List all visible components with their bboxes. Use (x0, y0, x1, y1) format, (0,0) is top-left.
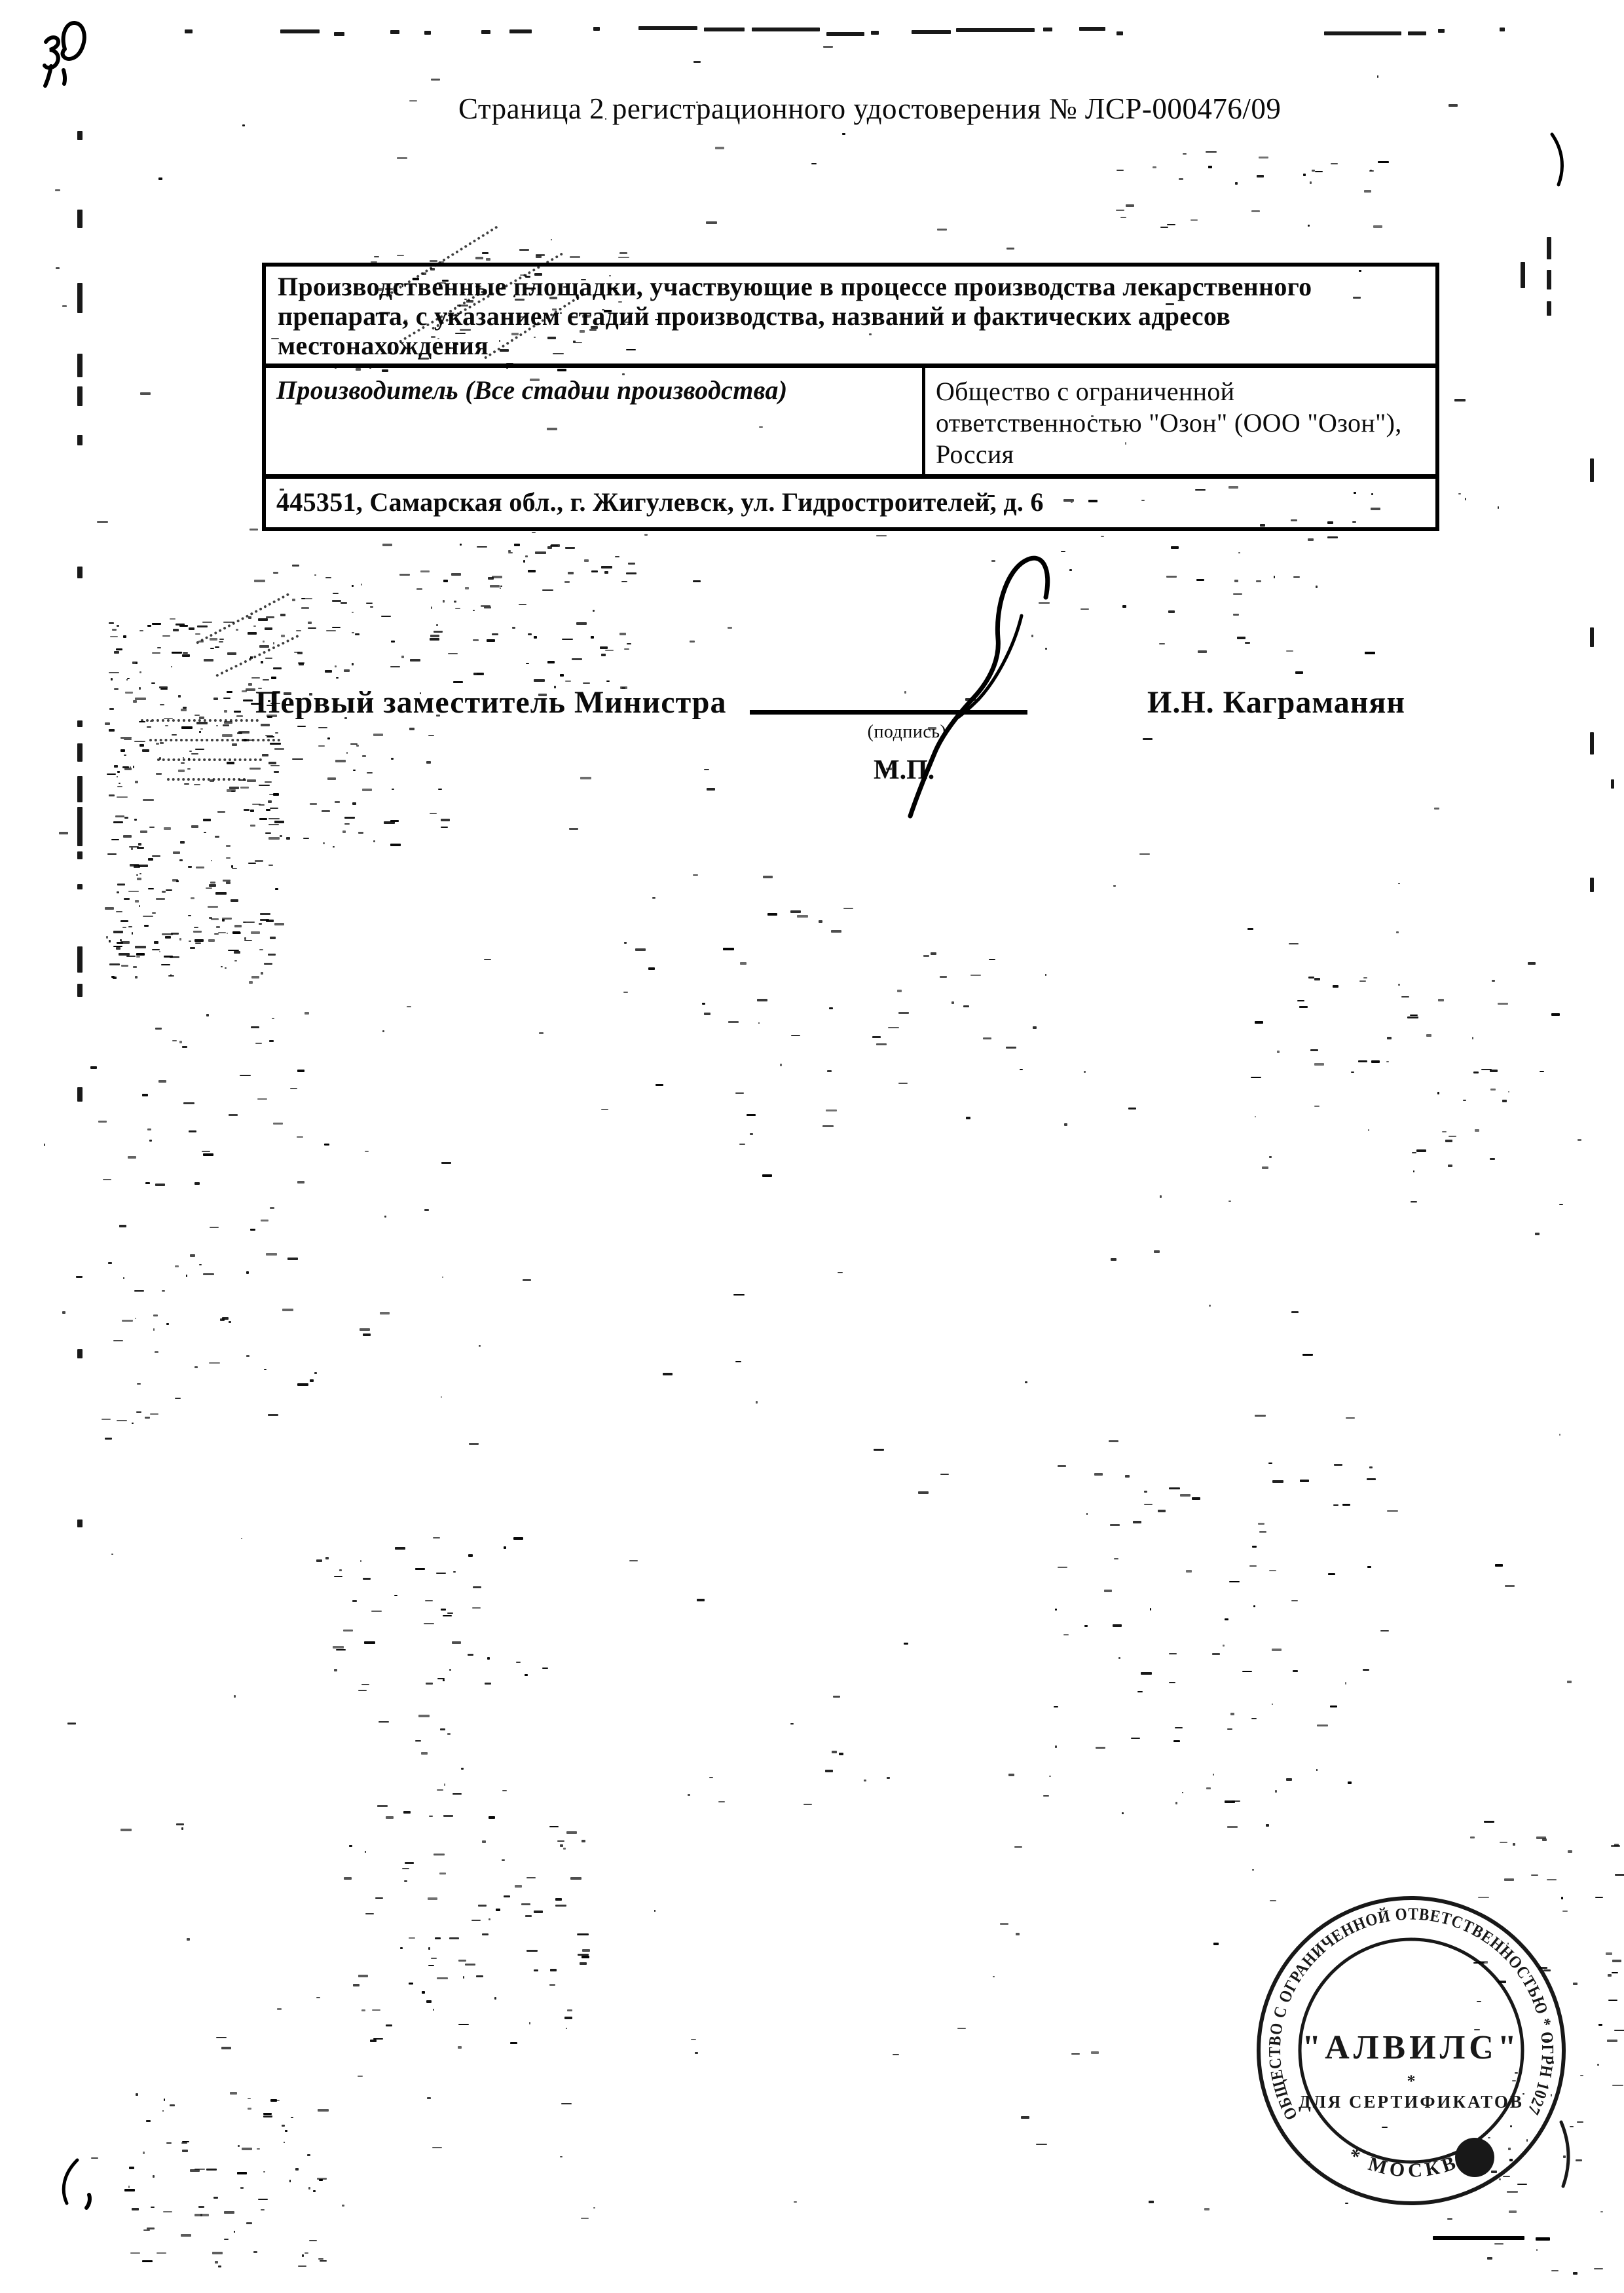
scan-noise-dash (132, 2208, 139, 2210)
scan-noise-dash (149, 1140, 152, 1142)
scan-noise-dash (515, 299, 525, 301)
scan-noise-dash (648, 967, 655, 970)
scan-noise-dash (570, 256, 580, 258)
scan-noise-dash (280, 489, 284, 491)
scan-noise-dash (693, 61, 701, 63)
scan-noise-dash (578, 1933, 589, 1935)
scan-noise-dash (426, 761, 431, 764)
scan-noise-dash (1160, 1195, 1162, 1198)
scan-noise-dash (193, 931, 202, 933)
scan-noise-dash (142, 1094, 148, 1096)
scan-noise-dash (292, 758, 303, 760)
scan-noise-dash (138, 843, 141, 846)
scan-noise-dash (1091, 2051, 1099, 2054)
scan-noise-dash (1084, 1625, 1088, 1627)
scan-noise-dash (1228, 1201, 1231, 1202)
scan-noise-dash (116, 911, 122, 912)
scan-noise-dash (238, 2145, 240, 2147)
scan-noise-dash (246, 1271, 249, 1274)
scan-noise-dash (898, 1083, 908, 1084)
scan-noise-dash (428, 1947, 430, 1950)
scan-noise-dash (119, 953, 130, 956)
scan-noise-dash (1473, 1962, 1485, 1964)
scan-noise-dash (122, 1320, 133, 1322)
scan-noise-dash (333, 846, 335, 848)
scan-noise-dash (386, 1816, 394, 1819)
scan-noise-dash (519, 249, 529, 251)
scan-noise-dash (525, 555, 528, 557)
scan-noise-dash (113, 1340, 123, 1341)
scan-noise-dash (284, 692, 291, 695)
scan-noise-dash (308, 627, 316, 629)
scan-noise-dash (234, 960, 237, 961)
scan-noise-dash (1513, 1843, 1515, 1846)
scan-noise-dash (298, 662, 304, 664)
scan-noise-dash (1398, 529, 1409, 531)
scan-noise-dash (436, 1573, 446, 1574)
scan-noise-dash (128, 1156, 136, 1159)
scan-noise-dash (583, 682, 590, 684)
scan-noise-dash (1293, 576, 1300, 578)
scan-noise-dash (120, 1829, 132, 1831)
scan-noise-dash (227, 652, 236, 655)
scan-noise-dash (267, 715, 277, 717)
scan-noise-dash (186, 1275, 187, 1277)
scan-noise-dash (298, 2265, 306, 2267)
scan-noise-dash (449, 347, 451, 349)
scan-noise-dash (1328, 1573, 1335, 1575)
scan-noise-dash (147, 1128, 151, 1130)
scan-noise-dash (112, 629, 117, 631)
scan-noise-dash (270, 808, 278, 809)
scan-noise-dash (589, 329, 597, 331)
scan-noise-dash (477, 342, 481, 344)
scan-noise-dash (874, 1449, 884, 1451)
scan-noise-dash (1412, 1152, 1416, 1153)
scan-noise-dash (1230, 1713, 1234, 1715)
scan-noise-dash (1367, 1478, 1376, 1480)
scan-noise-dash (1063, 1634, 1069, 1635)
scan-noise-dash (183, 1102, 194, 1104)
scan-noise-dash (519, 604, 526, 605)
scan-noise-dash (336, 1649, 346, 1650)
scan-noise-dash (199, 1264, 202, 1265)
scan-noise-dash (111, 1554, 113, 1555)
scan-noise-dash (1547, 270, 1551, 289)
scan-noise-dash (1110, 1524, 1120, 1526)
scan-noise-dash (1543, 2039, 1549, 2040)
scan-noise-dash (213, 698, 218, 700)
scan-noise-dash (482, 1933, 489, 1935)
scan-noise-dash (263, 2116, 272, 2117)
signatory-name: И.Н. Каграманян (1147, 684, 1405, 720)
scan-noise-dash (757, 999, 767, 1001)
scan-noise-dash (162, 933, 173, 935)
scan-noise-dash (77, 354, 83, 377)
scan-noise-dash (1327, 536, 1338, 538)
scan-noise-dash (1101, 536, 1104, 537)
scan-noise-dash (601, 566, 612, 569)
scan-noise-dash (258, 618, 268, 621)
scan-noise-dash (231, 865, 233, 868)
scan-noise-dash (232, 868, 237, 869)
scan-noise-dash (264, 963, 272, 965)
scan-noise-dash (249, 529, 258, 531)
scan-noise-dash (1434, 808, 1439, 810)
scan-noise-dash (957, 2028, 966, 2029)
scan-noise-dash (1006, 1047, 1016, 1049)
scan-noise-dash (1612, 1960, 1621, 1962)
scan-noise-dash (430, 635, 439, 637)
scan-noise-dash (1169, 1487, 1180, 1489)
scan-noise-dash (584, 559, 589, 562)
scan-noise-dash (114, 651, 119, 654)
scan-noise-dash (111, 678, 113, 680)
scan-noise-dash (400, 1947, 403, 1949)
scan-noise-dash (314, 574, 316, 576)
scan-noise-dash (1228, 486, 1238, 489)
scan-noise-dash (1353, 297, 1361, 299)
scan-noise-dash (215, 646, 219, 648)
scan-noise-dash (1139, 853, 1150, 855)
scan-noise-dash (1438, 999, 1444, 1001)
scan-noise-dash (210, 638, 217, 641)
scan-noise-dash (325, 577, 331, 578)
scan-noise-dash (551, 239, 552, 240)
scan-noise-dash (1182, 1792, 1183, 1793)
scan-noise-dash (1517, 2184, 1527, 2185)
scan-noise-dash (1536, 2237, 1550, 2241)
scan-noise-dash (371, 1611, 382, 1612)
scan-noise-dash (457, 305, 468, 307)
scan-noise-dash (55, 189, 60, 191)
scan-noise-dash (1144, 1504, 1153, 1505)
scan-noise-dash (360, 1560, 361, 1562)
scan-noise-dash (120, 920, 128, 922)
scan-noise-dash (265, 658, 272, 659)
scan-noise-dash (304, 2252, 308, 2254)
scan-noise-dash (123, 1277, 124, 1279)
scan-noise-dash (1206, 151, 1217, 153)
scan-noise-dash (1252, 1869, 1254, 1871)
scan-noise-dash (591, 636, 594, 639)
scan-noise-dash (702, 1003, 705, 1005)
scan-noise-dash (227, 691, 232, 693)
scan-noise-dash (1166, 303, 1174, 305)
scan-noise-dash (523, 1279, 531, 1281)
scan-noise-dash (1277, 1051, 1280, 1053)
scan-noise-dash (251, 677, 260, 679)
scan-noise-dash (1137, 1691, 1143, 1692)
scan-noise-dash (203, 1273, 214, 1275)
scan-noise-dash (752, 28, 820, 31)
scan-noise-dash (137, 1383, 141, 1385)
scan-noise-dash (956, 28, 1035, 32)
scan-noise-dash (352, 585, 354, 587)
scan-noise-dash (1445, 1140, 1452, 1142)
scan-noise-dash (267, 736, 274, 737)
scan-noise-dash (214, 933, 219, 935)
scan-noise-dash (876, 1043, 887, 1045)
scan-noise-dash (1126, 204, 1134, 207)
scan-noise-dash (181, 709, 187, 711)
scan-noise-dash (109, 708, 114, 710)
scan-noise-dash (316, 1997, 320, 1998)
scan-noise-dash (453, 1571, 456, 1573)
scan-noise-dash (463, 1976, 464, 1979)
scan-noise-dash (259, 804, 265, 806)
scan-noise-dash (271, 677, 276, 679)
scan-noise-dash (601, 654, 606, 656)
scan-noise-dash (362, 789, 372, 791)
scan-noise-dash (1168, 610, 1175, 613)
scan-noise-dash (109, 622, 114, 624)
scan-noise-dash (1308, 225, 1310, 227)
scan-noise-dash (153, 1314, 158, 1316)
scan-noise-dash (525, 1915, 532, 1917)
scan-noise-dash (552, 308, 557, 310)
scan-noise-dash (512, 627, 515, 629)
scan-noise-dash (194, 2169, 205, 2170)
scan-noise-dash (756, 1401, 758, 1404)
scan-noise-dash (77, 131, 83, 140)
scan-noise-dash (1259, 1531, 1266, 1533)
scan-noise-dash (292, 565, 299, 567)
scan-noise-dash (133, 966, 137, 968)
scan-noise-dash (826, 1109, 837, 1111)
scan-noise-dash (1272, 1649, 1282, 1651)
scan-noise-dash (477, 546, 487, 548)
scan-noise-dash (234, 925, 242, 927)
scan-noise-dash (142, 2260, 153, 2262)
scan-noise-dash (526, 1950, 538, 1952)
scan-noise-dash (324, 1144, 329, 1146)
scan-noise-dash (1492, 980, 1495, 982)
scan-noise-dash (1295, 671, 1303, 674)
scan-noise-dash (156, 743, 159, 745)
scan-noise-dash (1437, 1092, 1439, 1094)
scan-noise-dash (1153, 166, 1156, 168)
scan-noise-dash (1262, 1166, 1268, 1169)
scan-noise-dash (1408, 31, 1426, 35)
scan-noise-dash (243, 699, 253, 701)
scan-noise-dash (266, 809, 270, 811)
scan-noise-dash (196, 867, 204, 868)
scan-noise-dash (134, 1290, 144, 1292)
scan-noise-dash (1180, 1494, 1190, 1497)
scan-noise-dash (334, 1576, 342, 1577)
scan-noise-dash (420, 570, 430, 572)
scan-noise-dash (622, 373, 625, 375)
scan-noise-dash (912, 30, 951, 34)
table-row: Производитель (Все стадии производства) … (266, 368, 1435, 479)
scan-noise-dash (1448, 1165, 1452, 1167)
scan-noise-dash (208, 939, 215, 942)
scan-noise-dash (1378, 161, 1389, 163)
scan-noise-dash (838, 1272, 843, 1273)
scan-noise-dash (380, 1312, 390, 1314)
scan-noise-dash (188, 758, 190, 760)
scan-noise-dash (117, 1420, 127, 1421)
scan-noise-dash (1367, 1566, 1371, 1568)
scan-noise-dash (484, 959, 491, 960)
scan-noise-dash (1160, 227, 1168, 228)
scan-noise-dash (728, 1021, 739, 1023)
scan-noise-dash (362, 755, 366, 757)
scan-noise-dash (451, 573, 461, 576)
scan-noise-dash (251, 703, 261, 705)
scan-noise-dash (424, 1209, 429, 1211)
scan-noise-dash (130, 766, 131, 768)
scan-noise-dash (126, 679, 128, 680)
scan-noise-dash (626, 572, 637, 574)
scan-noise-dash (1474, 2029, 1480, 2030)
scan-noise-dash (139, 744, 144, 747)
scan-noise-dash (373, 840, 375, 842)
scan-noise-dash (1314, 1063, 1324, 1066)
scan-noise-dash (431, 336, 435, 338)
scan-noise-dash (1507, 2191, 1518, 2193)
scan-noise-dash (117, 891, 119, 893)
scan-noise-dash (1324, 31, 1401, 35)
scan-noise-dash (1371, 493, 1373, 495)
scan-noise-dash (629, 1560, 638, 1561)
scan-noise-dash (1094, 1473, 1103, 1476)
scan-noise-dash (487, 639, 495, 642)
scan-noise-dash (550, 545, 558, 546)
scan-noise-dash (652, 897, 655, 899)
scan-noise-dash (1503, 2176, 1510, 2177)
scan-noise-dash (124, 2189, 135, 2191)
scan-noise-dash (421, 1752, 428, 1755)
scan-noise-dash (381, 616, 391, 617)
scan-noise-dash (482, 1840, 486, 1843)
scan-noise-dash (159, 757, 161, 760)
scan-noise-dash (372, 2009, 380, 2011)
scan-noise-dash (791, 1035, 800, 1036)
scan-noise-dash (886, 768, 892, 770)
scan-noise-dash (268, 1414, 278, 1416)
scan-noise-dash (157, 2252, 166, 2254)
scan-noise-dash (591, 570, 598, 572)
scan-noise-dash (273, 1123, 283, 1125)
scan-noise-dash (494, 1997, 496, 2000)
scan-noise-dash (486, 258, 490, 261)
scan-noise-dash (704, 1013, 710, 1015)
scan-noise-dash (460, 329, 471, 331)
scan-noise-dash (473, 1586, 481, 1588)
scan-noise-dash (172, 734, 177, 736)
scan-noise-dash (223, 724, 229, 726)
scan-noise-dash (1346, 1417, 1355, 1419)
scan-noise-dash (150, 720, 152, 722)
scan-noise-dash (1173, 1740, 1180, 1742)
scan-noise-dash (142, 749, 149, 752)
scan-noise-dash (1342, 1504, 1350, 1506)
scan-noise-dash (246, 1355, 249, 1357)
scan-noise-dash (454, 601, 456, 603)
scan-noise-dash (547, 546, 552, 549)
scan-noise-dash (336, 677, 339, 679)
scan-noise-dash (581, 279, 586, 280)
scan-noise-dash (521, 1903, 530, 1905)
scan-noise-dash (502, 1790, 507, 1791)
scan-noise-dash (517, 316, 526, 318)
scan-noise-dash (443, 600, 445, 603)
scan-noise-dash (526, 288, 536, 289)
scan-noise-dash (567, 2009, 572, 2011)
scan-noise-dash (101, 1419, 111, 1420)
scan-noise-dash (561, 2103, 572, 2104)
scan-noise-dash (528, 633, 532, 635)
scan-noise-dash (226, 845, 231, 847)
scan-streak (196, 593, 289, 644)
scan-noise-dash (145, 1182, 150, 1184)
scan-noise-dash (281, 635, 285, 637)
scan-noise-dash (56, 267, 60, 269)
scan-noise-dash (447, 1733, 451, 1735)
scan-noise-dash (374, 256, 379, 257)
scan-noise-dash (133, 700, 137, 703)
scan-noise-dash (1363, 1669, 1369, 1671)
scan-noise-dash (1064, 1123, 1067, 1126)
producer-value-cell: Общество с ограниченной ответственностью… (925, 368, 1435, 474)
scan-noise-dash (1058, 1567, 1067, 1568)
scan-noise-dash (234, 711, 241, 713)
scan-noise-dash (542, 589, 553, 591)
scan-noise-dash (1547, 1879, 1557, 1880)
scan-noise-dash (215, 892, 227, 895)
scan-noise-dash (1365, 652, 1375, 654)
scan-noise-dash (111, 839, 119, 840)
scan-noise-dash (563, 286, 568, 288)
scan-noise-dash (189, 627, 194, 630)
scan-noise-dash (379, 312, 390, 314)
scan-noise-dash (77, 1519, 83, 1527)
scan-noise-dash (143, 916, 153, 917)
scan-noise-dash (437, 282, 446, 284)
scan-noise-dash (1387, 1510, 1398, 1512)
scan-noise-dash (378, 288, 382, 291)
scan-noise-dash (441, 1162, 451, 1164)
scan-noise-dash (97, 521, 108, 523)
pen-bracket-mark (1539, 124, 1578, 196)
scan-noise-dash (704, 28, 745, 31)
scan-noise-dash (210, 1227, 219, 1228)
scan-noise-dash (143, 2152, 145, 2154)
scan-noise-dash (166, 889, 172, 891)
scan-noise-dash (1600, 2211, 1603, 2212)
scan-noise-dash (180, 841, 185, 844)
scan-noise-dash (404, 1880, 407, 1882)
scan-noise-dash (1387, 1037, 1392, 1039)
scan-noise-dash (160, 742, 164, 744)
scan-noise-dash (735, 1361, 741, 1362)
scan-noise-dash (1291, 1600, 1298, 1601)
scan-noise-dash (1225, 1800, 1235, 1803)
scan-noise-dash (445, 395, 452, 396)
scan-noise-dash (327, 777, 336, 780)
scan-noise-dash (384, 1216, 386, 1218)
scan-noise-dash (1590, 878, 1594, 892)
scan-noise-dash (1303, 174, 1306, 176)
scan-noise-dash (426, 2000, 432, 2003)
scan-noise-dash (1014, 1846, 1022, 1848)
scan-noise-dash (255, 1043, 262, 1044)
scan-noise-dash (1208, 166, 1212, 168)
scan-noise-dash (1473, 1072, 1479, 1073)
scan-noise-dash (1141, 500, 1145, 501)
